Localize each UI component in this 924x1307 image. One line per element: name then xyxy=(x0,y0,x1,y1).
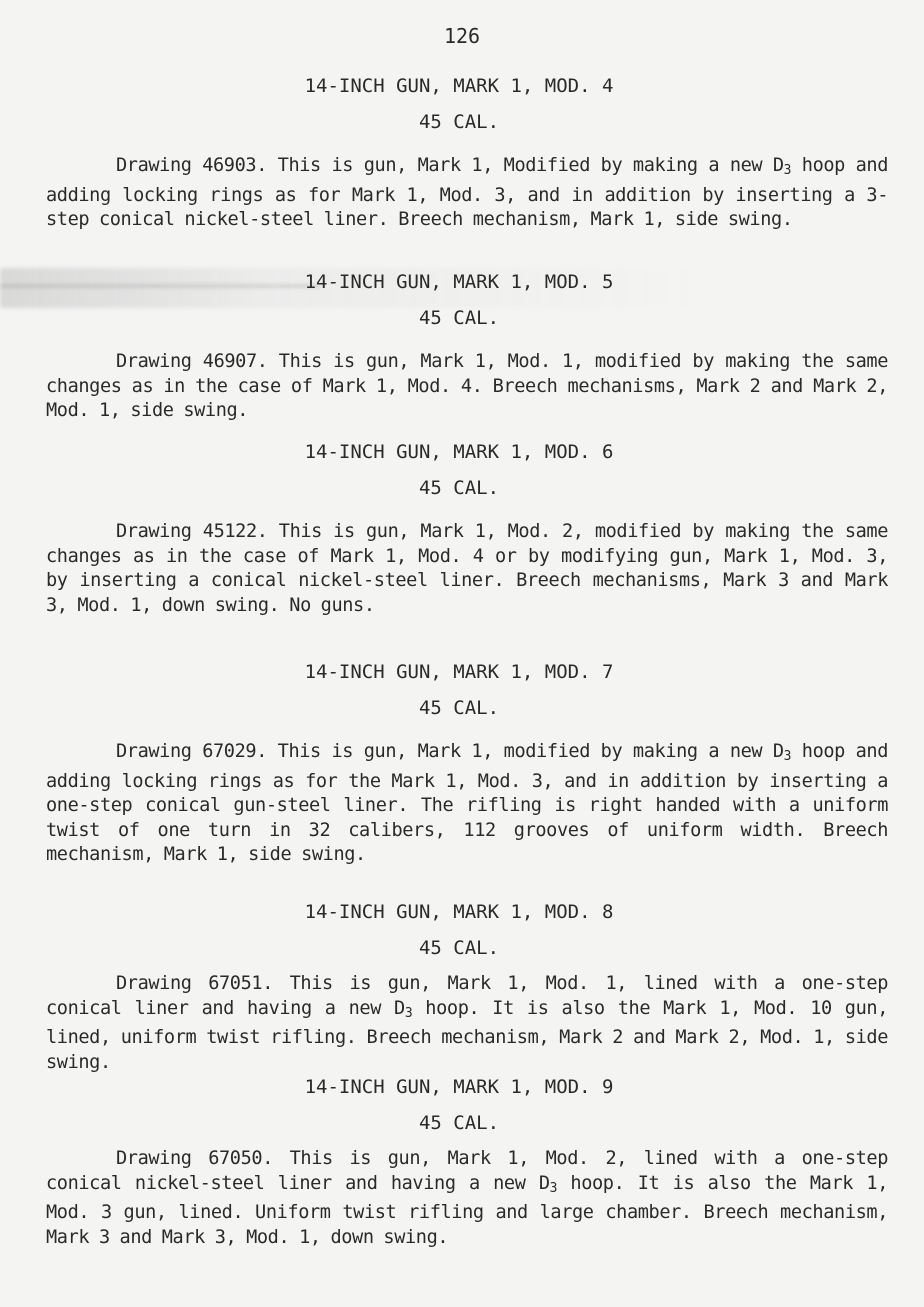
section-caliber: 45 CAL. xyxy=(38,110,880,134)
section-body: Drawing 67051. This is gun, Mark 1, Mod.… xyxy=(46,972,888,1075)
section-heading: 14-INCH GUN, MARK 1, MOD. 7 xyxy=(38,660,880,684)
section-body: Drawing 67050. This is gun, Mark 1, Mod.… xyxy=(46,1147,888,1250)
page-number: 126 xyxy=(0,24,924,48)
section-mod-6: 14-INCH GUN, MARK 1, MOD. 6 45 CAL. Draw… xyxy=(46,440,888,618)
section-heading: 14-INCH GUN, MARK 1, MOD. 4 xyxy=(38,74,880,98)
section-body: Drawing 45122. This is gun, Mark 1, Mod.… xyxy=(46,520,888,618)
section-caliber: 45 CAL. xyxy=(38,306,880,330)
section-caliber: 45 CAL. xyxy=(38,936,880,960)
section-heading: 14-INCH GUN, MARK 1, MOD. 9 xyxy=(38,1075,880,1099)
document-page: 126 14-INCH GUN, MARK 1, MOD. 4 45 CAL. … xyxy=(0,0,924,1307)
section-mod-9: 14-INCH GUN, MARK 1, MOD. 9 45 CAL. Draw… xyxy=(46,1075,888,1250)
section-body: Drawing 46903. This is gun, Mark 1, Modi… xyxy=(46,154,888,233)
section-caliber: 45 CAL. xyxy=(38,696,880,720)
section-mod-4: 14-INCH GUN, MARK 1, MOD. 4 45 CAL. Draw… xyxy=(46,74,888,233)
section-mod-8: 14-INCH GUN, MARK 1, MOD. 8 45 CAL. Draw… xyxy=(46,900,888,1075)
section-heading: 14-INCH GUN, MARK 1, MOD. 5 xyxy=(38,270,880,294)
section-body: Drawing 46907. This is gun, Mark 1, Mod.… xyxy=(46,350,888,424)
section-caliber: 45 CAL. xyxy=(38,1111,880,1135)
section-caliber: 45 CAL. xyxy=(38,476,880,500)
section-body: Drawing 67029. This is gun, Mark 1, modi… xyxy=(46,740,888,868)
section-mod-7: 14-INCH GUN, MARK 1, MOD. 7 45 CAL. Draw… xyxy=(46,660,888,868)
section-mod-5: 14-INCH GUN, MARK 1, MOD. 5 45 CAL. Draw… xyxy=(46,270,888,424)
section-heading: 14-INCH GUN, MARK 1, MOD. 6 xyxy=(38,440,880,464)
section-heading: 14-INCH GUN, MARK 1, MOD. 8 xyxy=(38,900,880,924)
